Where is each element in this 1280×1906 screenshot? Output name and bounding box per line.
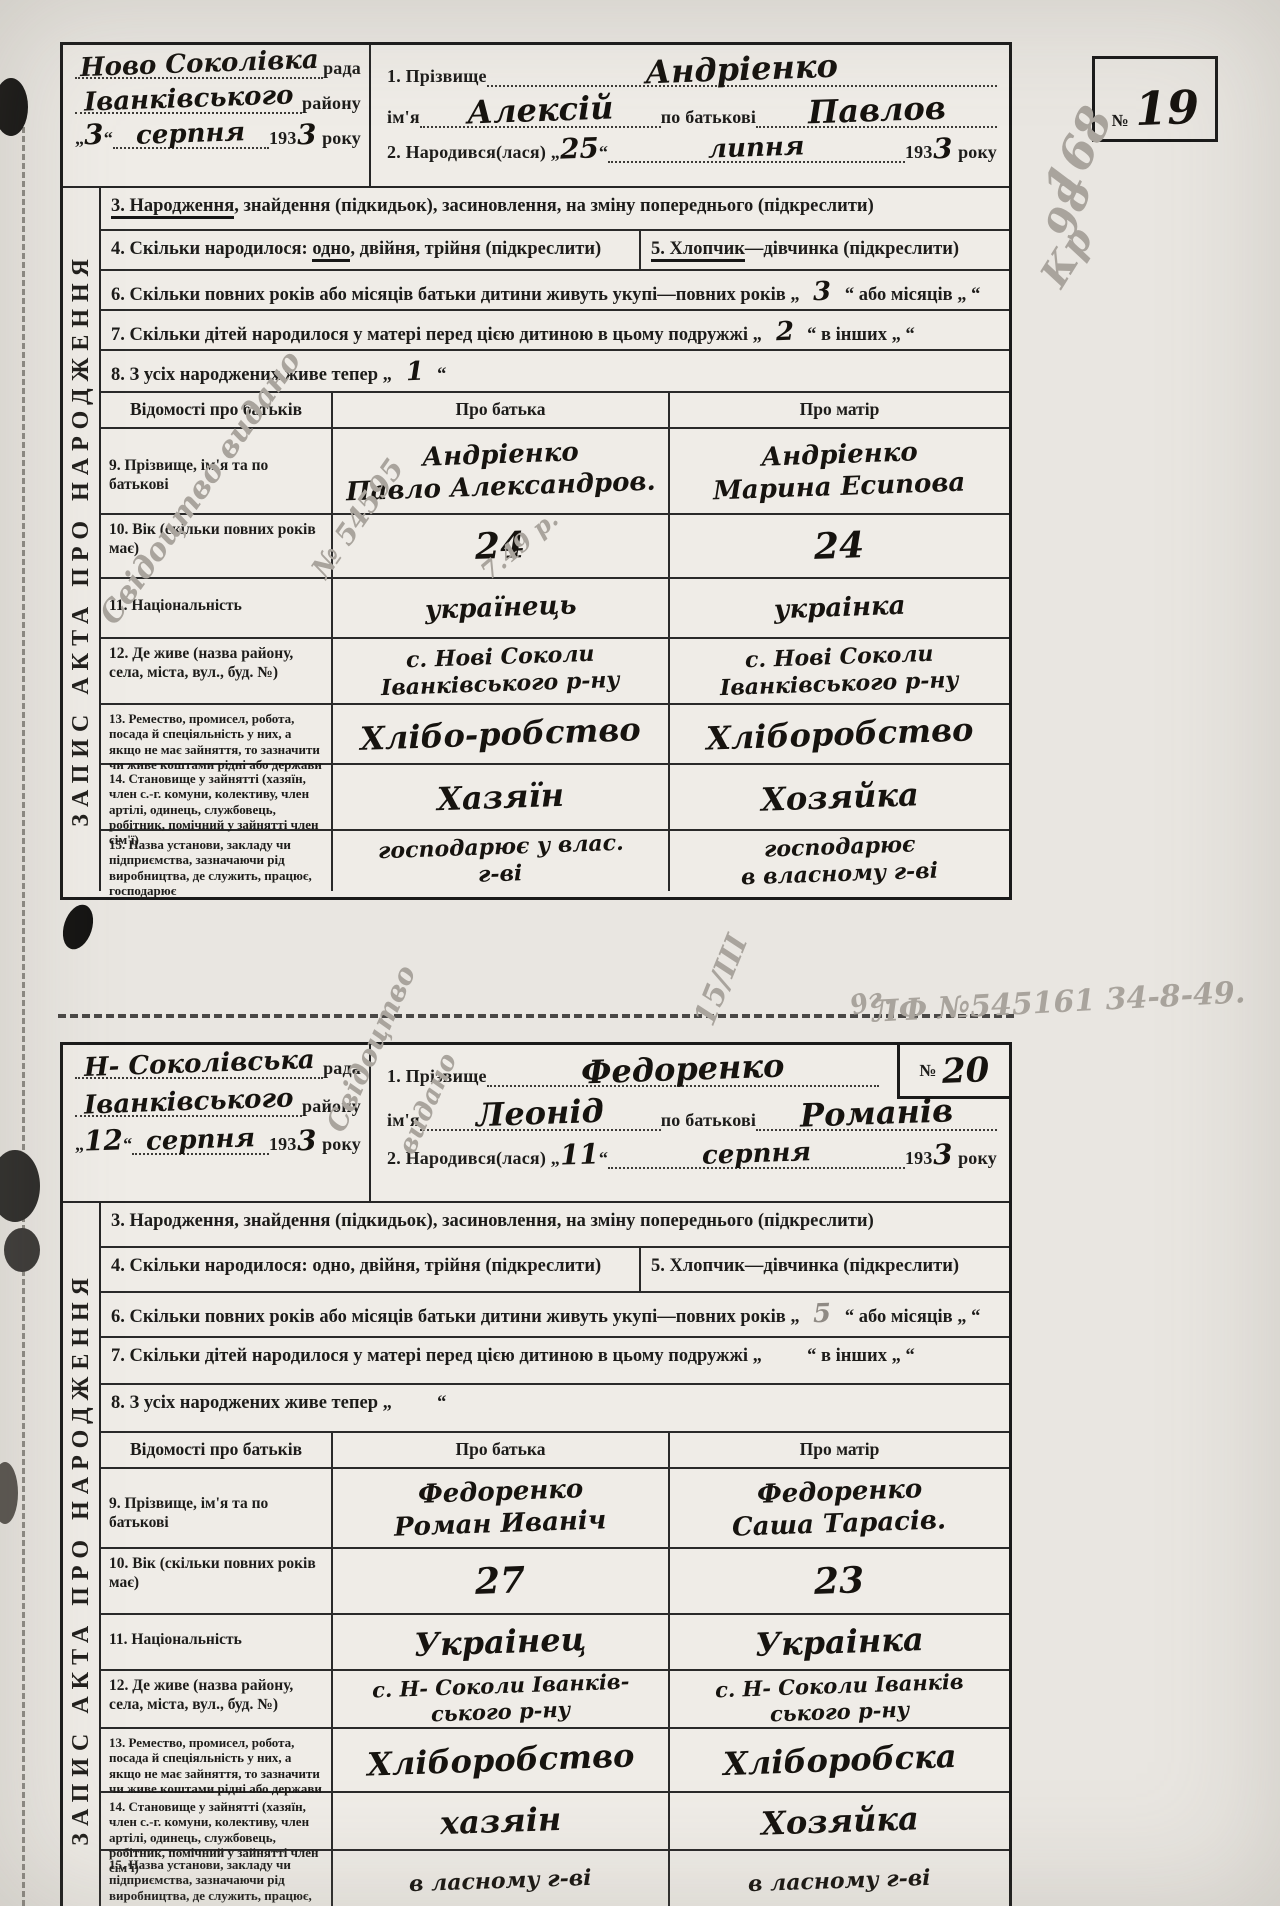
- form2-father-institution-1: в ласному г-ві: [409, 1865, 592, 1899]
- form2-row8-value: [397, 1407, 433, 1408]
- form1-mother-name-2: Марина Есипова: [713, 467, 966, 508]
- form2-row9: 9. Прізвище, ім'я та по батькові Федорен…: [101, 1469, 1009, 1549]
- form1-row3: 3. Народження, знайдення (підкидьок), за…: [101, 188, 1009, 231]
- form2-district-value: Іванківського: [83, 1085, 293, 1118]
- form2-mother-position: Хозяйка: [760, 1798, 919, 1843]
- ink-blot: [0, 1462, 18, 1524]
- form1-father-position: Хазяїн: [436, 775, 564, 819]
- form2-side-caption: ЗАПИС АКТА ПРО НАРОДЖЕННЯ: [63, 1203, 101, 1906]
- form1-header-right: 1. Прізвище Андріенко ім'я Алексій по ба…: [371, 45, 1009, 186]
- form1-district-value: Іванківського: [83, 82, 293, 115]
- form1-row5: 5. Хлопчик—дівчинка (підкреслити): [641, 231, 1009, 269]
- form2-mother-age: 23: [814, 1558, 866, 1605]
- row6-text-mid: “ або місяців „: [845, 285, 967, 305]
- row7-text-mid: “ в інших „: [807, 1346, 901, 1366]
- form1-name-value: Алексій: [467, 91, 614, 128]
- row4-text: 4. Скільки народилося:: [111, 1256, 312, 1276]
- ink-blot: [58, 901, 99, 953]
- form1-reg-day: 3: [84, 121, 104, 150]
- form1-father-occupation: Хлібо-робство: [360, 709, 642, 759]
- form2-row5: 5. Хлопчик—дівчинка (підкреслити): [641, 1248, 1009, 1291]
- form2-row3: 3. Народження, знайдення (підкидьок), за…: [101, 1203, 1009, 1248]
- form2-row8: 8. З усіх народжених живе тепер „ “: [101, 1385, 1009, 1433]
- form1-row8: 8. З усіх народжених живе тепер „ 1 “: [101, 351, 1009, 393]
- form2-row11: 11. Національність Украінец Украінка: [101, 1615, 1009, 1671]
- row8-text: 8. З усіх народжених живе тепер „: [111, 365, 392, 385]
- form1-row13: 13. Ремество, промисел, робота, посада й…: [101, 705, 1009, 765]
- year-prefix: 193: [905, 1148, 933, 1169]
- form2-mother-institution-1: в ласному г-ві: [748, 1865, 931, 1899]
- row7-text-mid: “ в інших „: [807, 325, 901, 345]
- row8-text-end: “: [437, 365, 446, 385]
- form1-mother-position: Хозяйка: [760, 774, 919, 819]
- row7-text: 7. Скільки дітей народилося у матері пер…: [111, 1346, 762, 1366]
- patronymic-label: по батькові: [661, 1110, 756, 1131]
- pencil-note-right: ЛФ №545161 34-8-49.: [871, 978, 1246, 1028]
- form2-row15: 15. Назва установи, закладу чи підприємс…: [101, 1851, 1009, 1906]
- form1-mother-institution-2: в власному г-ві: [741, 858, 939, 892]
- birth-record-form-20: № 20 Н- Соколівська рада Іванківського р…: [60, 1042, 1012, 1906]
- col-parents-info: Відомості про батьків: [101, 393, 333, 427]
- form1-row14: 14. Становище у зайнятті (хазяїн, член с…: [101, 765, 1009, 831]
- form1-father-institution-2: г-ві: [478, 860, 523, 889]
- row6-text-end: “: [971, 285, 980, 305]
- form2-father-name-2: Роман Иваніч: [394, 1504, 607, 1544]
- born-label: 2. Народився(лася) „: [387, 142, 560, 163]
- side-caption-text: ЗАПИС АКТА ПРО НАРОДЖЕННЯ: [68, 1271, 95, 1846]
- form2-patronymic-value: Романів: [800, 1094, 954, 1131]
- form1-row4-5: 4. Скільки народилося: одно, двійня, трі…: [101, 231, 1009, 271]
- district-label: району: [302, 93, 361, 114]
- row11-label: 11. Національність: [101, 1615, 333, 1669]
- form2-mother-occupation: Хліборобска: [722, 1736, 957, 1784]
- form1-row11: 11. Національність українець украінка: [101, 579, 1009, 639]
- form1-row4: 4. Скільки народилося: одно, двійня, трі…: [101, 231, 641, 269]
- form1-born-year-digit: 3: [932, 135, 952, 164]
- form1-father-name-1: Андріенко: [422, 436, 580, 474]
- form1-row6-value: 3: [804, 278, 841, 305]
- col-about-mother: Про матір: [670, 393, 1009, 427]
- form2-father-nationality: Украінец: [414, 1619, 588, 1665]
- year-suffix: року: [958, 1148, 997, 1169]
- row4-text-after: , двійня, трійня (підкреслити): [350, 239, 601, 259]
- form2-row7-value: [767, 1360, 803, 1361]
- form2-reg-month: серпня: [146, 1125, 256, 1155]
- form1-father-institution-1: господарює у влас.: [377, 829, 624, 865]
- year-prefix: 193: [269, 128, 297, 149]
- row14-label: 14. Становище у зайнятті (хазяїн, член с…: [101, 1793, 333, 1849]
- year-prefix: 193: [269, 1134, 297, 1155]
- row3-word: 3. Народження: [111, 1211, 234, 1231]
- form1-father-nationality: українець: [424, 589, 577, 627]
- form2-row7: 7. Скільки дітей народилося у матері пер…: [101, 1338, 1009, 1385]
- ink-blot: [0, 1150, 40, 1222]
- form1-reg-year-digit: 3: [296, 121, 316, 150]
- form1-row15: 15. Назва установи, закладу чи підприємс…: [101, 831, 1009, 891]
- year-suffix: року: [322, 128, 361, 149]
- form2-mother-nationality: Украінка: [755, 1619, 925, 1665]
- row13-label: 13. Ремество, промисел, робота, посада й…: [101, 1729, 333, 1791]
- form2-reg-year-digit: 3: [296, 1127, 316, 1156]
- year-suffix: року: [322, 1134, 361, 1155]
- row15-label: 15. Назва установи, закладу чи підприємс…: [101, 831, 333, 891]
- row13-label: 13. Ремество, промисел, робота, посада й…: [101, 705, 333, 763]
- form1-row7: 7. Скільки дітей народилося у матері пер…: [101, 311, 1009, 351]
- pencil-scribble: Кр: [1034, 221, 1099, 293]
- form1-mother-occupation: Хліборобство: [705, 709, 974, 758]
- form2-born-month: серпня: [702, 1139, 812, 1169]
- form2-row12: 12. Де живе (назва району, села, міста, …: [101, 1671, 1009, 1729]
- form1-side-caption: ЗАПИС АКТА ПРО НАРОДЖЕННЯ: [63, 188, 101, 891]
- scanned-birth-register-page: Ново Соколівка рада Іванківського району…: [0, 0, 1280, 1906]
- quote-close: “: [599, 1148, 608, 1169]
- form2-row4: 4. Скільки народилося: одно, двійня, трі…: [101, 1248, 641, 1291]
- form2-born-day: 11: [559, 1140, 599, 1169]
- row4-text-after: , двійня, трійня (підкреслити): [350, 1256, 601, 1276]
- form2-row6: 6. Скільки повних років або місяців бать…: [101, 1293, 1009, 1338]
- form2-body: ЗАПИС АКТА ПРО НАРОДЖЕННЯ 3. Народження,…: [63, 1203, 1009, 1906]
- row5-text: —дівчинка (підкреслити): [745, 1256, 959, 1276]
- patronymic-label: по батькові: [661, 107, 756, 128]
- form2-born-year-digit: 3: [932, 1141, 952, 1170]
- form2-table-header: Відомості про батьків Про батька Про мат…: [101, 1433, 1009, 1469]
- row6-text: 6. Скільки повних років або місяців бать…: [111, 285, 800, 305]
- surname-label: 1. Прізвище: [387, 66, 487, 87]
- row12-label: 12. Де живе (назва району, села, міста, …: [101, 1671, 333, 1727]
- form2-header-right: 1. Прізвище Федоренко ім'я Леонід по бат…: [371, 1045, 1009, 1201]
- side-caption-text: ЗАПИС АКТА ПРО НАРОДЖЕННЯ: [68, 252, 95, 827]
- form1-row8-value: 1: [396, 358, 433, 385]
- row5-underlined-word: 5. Хлопчик: [651, 239, 745, 262]
- row8-text: 8. З усіх народжених живе тепер „: [111, 1393, 392, 1413]
- form2-rada-value: Н- Соколівська: [83, 1047, 315, 1081]
- form1-born-month: липня: [708, 133, 805, 162]
- form2-mother-residence-2: ського р-ну: [769, 1697, 909, 1728]
- form2-name-value: Леонід: [476, 1095, 605, 1131]
- col-parents-info: Відомості про батьків: [101, 1433, 333, 1467]
- name-label: ім'я: [387, 107, 420, 128]
- form2-father-residence-2: ського р-ну: [430, 1697, 570, 1728]
- row4-word: одно: [312, 1256, 350, 1276]
- form1-reg-month: серпня: [136, 119, 246, 149]
- year-prefix: 193: [905, 142, 933, 163]
- row6-text: 6. Скільки повних років або місяців бать…: [111, 1307, 800, 1327]
- row3-text: , знайдення (підкидьок), засиновлення, н…: [234, 1211, 874, 1231]
- row14-label: 14. Становище у зайнятті (хазяїн, член с…: [101, 765, 333, 829]
- form2-father-age: 27: [475, 1558, 527, 1605]
- row4-underlined-word: одно: [312, 239, 350, 262]
- row7-text: 7. Скільки дітей народилося у матері пер…: [111, 325, 762, 345]
- form2-reg-day: 12: [84, 1126, 124, 1155]
- form1-record-number: 19: [1134, 84, 1200, 132]
- form1-mother-age: 24: [814, 523, 866, 570]
- form2-mother-name-2: Саша Тарасів.: [732, 1504, 947, 1544]
- row12-label: 12. Де живе (назва району, села, міста, …: [101, 639, 333, 703]
- form1-rada-value: Ново Соколівка: [79, 47, 319, 81]
- form1-row12: 12. Де живе (назва району, села, міста, …: [101, 639, 1009, 705]
- year-suffix: року: [958, 142, 997, 163]
- form1-surname-value: Андріенко: [645, 50, 839, 89]
- row5-text: —дівчинка (підкреслити): [745, 239, 959, 259]
- row5-word: 5. Хлопчик: [651, 1256, 745, 1276]
- row3-text: , знайдення (підкидьок), засиновлення, н…: [234, 196, 874, 216]
- form2-row14: 14. Становище у зайнятті (хазяїн, член с…: [101, 1793, 1009, 1851]
- row3-underlined-word: 3. Народження: [111, 196, 234, 219]
- form2-row6-value: 5: [804, 1300, 841, 1327]
- form1-born-day: 25: [559, 134, 599, 163]
- form1-mother-nationality: украінка: [773, 589, 906, 626]
- form1-patronymic-value: Павлов: [807, 92, 946, 129]
- form1-header-left: Ново Соколівка рада Іванківського району…: [63, 45, 371, 186]
- col-about-mother: Про матір: [670, 1433, 1009, 1467]
- perforation-dashed-line: [22, 118, 25, 1906]
- row10-label: 10. Вік (скільки повних років має): [101, 1549, 333, 1613]
- row9-label: 9. Прізвище, ім'я та по батькові: [101, 1469, 333, 1547]
- form1-row7-value: 2: [766, 318, 803, 345]
- form2-row10: 10. Вік (скільки повних років має) 27 23: [101, 1549, 1009, 1615]
- form2-row4-5: 4. Скільки народилося: одно, двійня, трі…: [101, 1248, 1009, 1293]
- ink-blot: [4, 1228, 40, 1272]
- row6-text-mid: “ або місяців „: [845, 1307, 967, 1327]
- row7-text-end: “: [905, 1346, 914, 1366]
- form2-father-occupation: Хліборобство: [366, 1735, 635, 1784]
- row8-text-end: “: [437, 1393, 446, 1413]
- row7-text-end: “: [905, 325, 914, 345]
- row4-text: 4. Скільки народилося:: [111, 239, 312, 259]
- col-about-father: Про батька: [333, 1433, 670, 1467]
- form1-row6: 6. Скільки повних років або місяців бать…: [101, 271, 1009, 311]
- form2-surname-value: Федоренко: [581, 1049, 785, 1088]
- quote-close: “: [599, 142, 608, 163]
- row6-text-end: “: [971, 1307, 980, 1327]
- form2-father-position: хазяін: [439, 1799, 562, 1843]
- form1-header: Ново Соколівка рада Іванківського району…: [63, 45, 1009, 188]
- row15-label: 15. Назва установи, закладу чи підприємс…: [101, 1851, 333, 1906]
- form2-row13: 13. Ремество, промисел, робота, посада й…: [101, 1729, 1009, 1793]
- rada-label: рада: [323, 58, 361, 79]
- col-about-father: Про батька: [333, 393, 670, 427]
- form2-header: Н- Соколівська рада Іванківського району…: [63, 1045, 1009, 1203]
